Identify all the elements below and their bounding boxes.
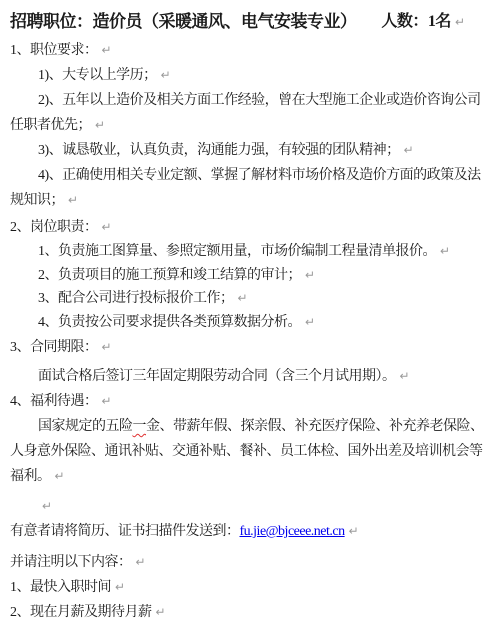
contract-detail: 面试合格后签订三年固定期限劳动合同（含三个月试用期）。↵ [10,364,493,389]
duty-text: 2、负责项目的施工预算和竣工结算的审计； [38,268,301,283]
note-heading: 并请注明以下内容：↵ [10,550,493,575]
requirement-text: 任职者优先； [10,118,91,133]
requirement-text: 4)、正确使用相关专业定额、掌握了解材料市场价格及造价方面的政策及法 [38,168,481,183]
paragraph-mark: ↵ [42,499,52,513]
duty-text: 1、负责施工图算量、参照定额用量，市场价编制工程量清单报价。 [38,244,436,259]
requirements-heading: 1、职位要求：↵ [10,38,493,63]
note-item-1: 1、最快入职时间↵ [10,575,493,600]
paragraph-mark: ↵ [305,315,315,329]
requirement-item-4-line-1: 4)、正确使用相关专业定额、掌握了解材料市场价格及造价方面的政策及法 [10,163,493,188]
section-title: 2、岗位职责： [10,220,98,235]
duty-item-2: 2、负责项目的施工预算和竣工结算的审计；↵ [10,264,493,287]
email-link[interactable]: fu.jie@bjceee.net.cn [240,524,345,539]
job-position-title: 招聘职位：造价员（采暖通风、电气安装专业） [10,8,357,36]
note-text: 1、最快入职时间 [10,580,111,595]
requirement-text: 2)、五年以上造价及相关方面工作经验，曾在大型施工企业或造价咨询公司 [38,93,481,108]
paragraph-mark: ↵ [102,43,112,57]
note-text: 2、现在月薪及期待月薪 [10,605,152,620]
contract-heading: 3、合同期限：↵ [10,335,493,360]
paragraph-mark: ↵ [455,15,465,29]
application-text: 有意者请将简历、证书扫描件发送到： [10,524,240,539]
paragraph-mark: ↵ [55,469,65,483]
paragraph-mark: ↵ [136,555,146,569]
paragraph-mark: ↵ [305,268,315,282]
duty-text: 4、负责按公司要求提供各类预算数据分析。 [38,315,301,330]
duty-item-4: 4、负责按公司要求提供各类预算数据分析。↵ [10,310,493,335]
headcount-label: 人数：1名 [381,13,451,30]
paragraph-mark: ↵ [102,394,112,408]
paragraph-mark: ↵ [238,291,248,305]
requirement-text: 3)、诚恳敬业，认真负责，沟通能力强，有较强的团队精神； [38,143,400,158]
duty-item-3: 3、配合公司进行投标报价工作；↵ [10,287,493,310]
requirement-text: 规知识； [10,193,64,208]
header-line: 招聘职位：造价员（采暖通风、电气安装专业） 人数：1名↵ [10,8,493,36]
paragraph-mark: ↵ [400,369,410,383]
paragraph-mark: ↵ [68,193,78,207]
empty-paragraph: ↵ [10,494,493,519]
headcount: 人数：1名↵ [381,8,465,36]
requirement-item-1: 1)、大专以上学历；↵ [10,63,493,88]
benefits-line-3: 福利。↵ [10,464,493,489]
requirement-item-2-line-1: 2)、五年以上造价及相关方面工作经验，曾在大型施工企业或造价咨询公司 [10,88,493,113]
paragraph-mark: ↵ [156,605,166,619]
benefits-line-1: 国家规定的五险一金、带薪年假、探亲假、补充医疗保险、补充养老保险、 [10,414,493,439]
page: { "header": { "position": "招聘职位：造价员（采暖通风… [0,0,499,625]
benefits-text: 国家规定的五险 [38,419,133,434]
duties-heading: 2、岗位职责：↵ [10,216,493,239]
contract-text: 面试合格后签订三年固定期限劳动合同（含三个月试用期）。 [38,369,396,384]
paragraph-mark: ↵ [102,340,112,354]
benefits-heading: 4、福利待遇：↵ [10,389,493,414]
benefits-text: 福利。 [10,469,51,484]
paragraph-mark: ↵ [404,143,414,157]
requirement-item-2-line-2: 任职者优先；↵ [10,113,493,138]
section-title: 3、合同期限： [10,340,98,355]
paragraph-mark: ↵ [102,220,112,234]
benefits-text: 金、带薪年假、探亲假、补充医疗保险、补充养老保险、 [146,419,484,434]
note-item-2: 2、现在月薪及期待月薪↵ [10,600,493,625]
paragraph-mark: ↵ [161,68,171,82]
paragraph-mark: ↵ [95,118,105,132]
section-title: 1、职位要求： [10,43,98,58]
paragraph-mark: ↵ [440,244,450,258]
benefits-line-2: 人身意外保险、通讯补贴、交通补贴、餐补、员工体检、国外出差及培训机会等 [10,439,493,464]
benefits-text: 人身意外保险、通讯补贴、交通补贴、餐补、员工体检、国外出差及培训机会等 [10,444,483,459]
requirement-item-3: 3)、诚恳敬业，认真负责，沟通能力强，有较强的团队精神；↵ [10,138,493,163]
paragraph-mark: ↵ [115,580,125,594]
job-posting-document: 招聘职位：造价员（采暖通风、电气安装专业） 人数：1名↵ 1、职位要求：↵ 1)… [0,0,499,625]
note-text: 并请注明以下内容： [10,555,132,570]
requirement-text: 1)、大专以上学历； [38,68,157,83]
duty-text: 3、配合公司进行投标报价工作； [38,291,234,306]
spellcheck-flagged-text: 一 [133,419,147,434]
paragraph-mark: ↵ [349,524,359,538]
requirement-item-4-line-2: 规知识；↵ [10,188,493,213]
application-instruction: 有意者请将简历、证书扫描件发送到：fu.jie@bjceee.net.cn↵ [10,519,493,544]
section-title: 4、福利待遇： [10,394,98,409]
duty-item-1: 1、负责施工图算量、参照定额用量，市场价编制工程量清单报价。↵ [10,239,493,264]
